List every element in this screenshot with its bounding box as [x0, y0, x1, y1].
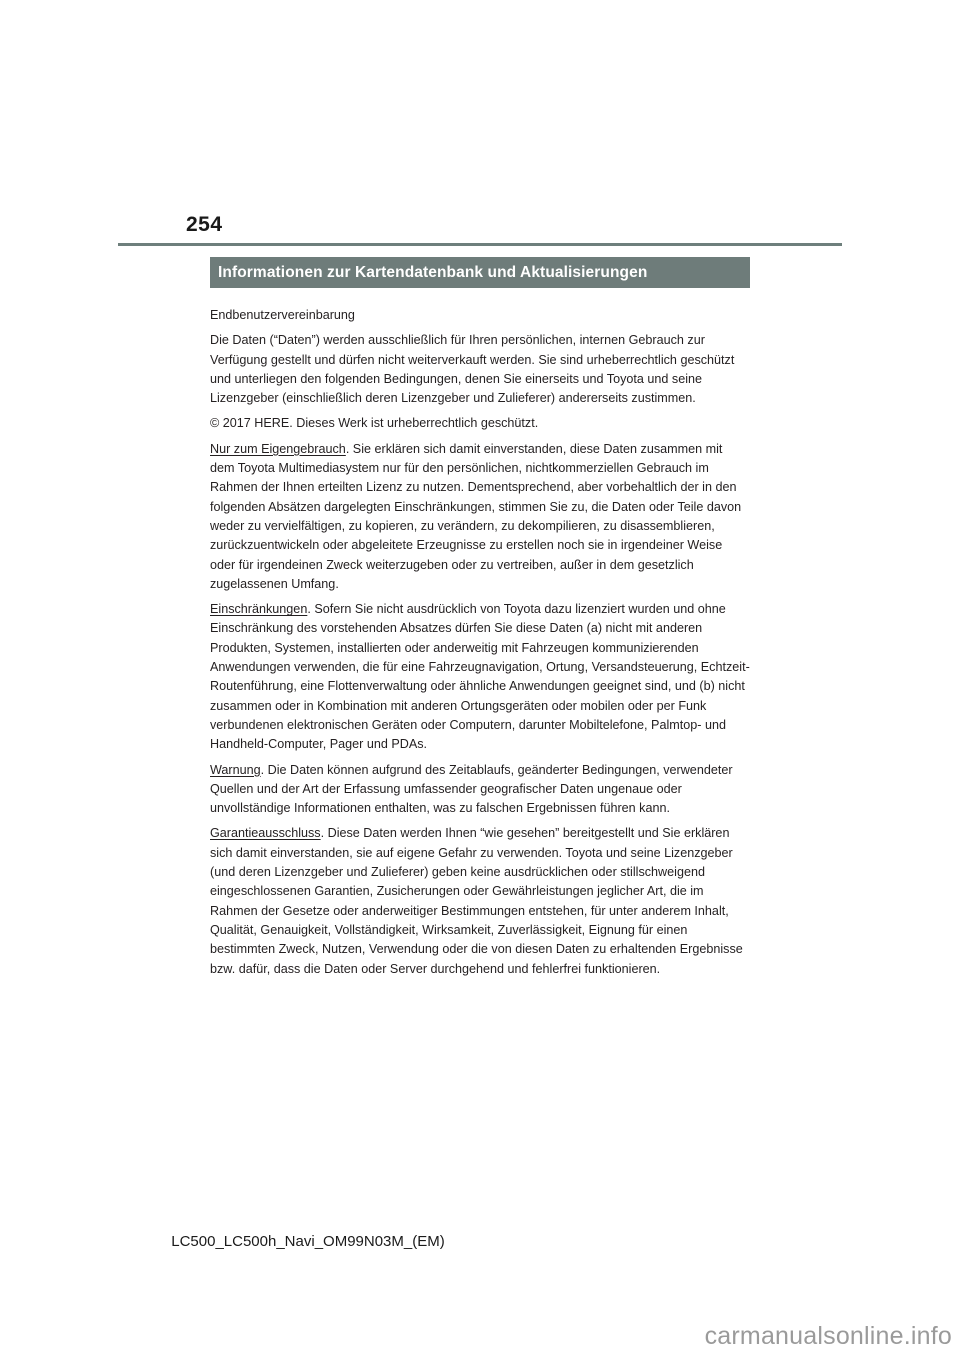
clause-disclaimer: Garantieausschluss. Diese Daten werden I…: [210, 824, 750, 978]
clause-text: . Die Daten können aufgrund des Zeitabla…: [210, 763, 733, 816]
document-code: LC500_LC500h_Navi_OM99N03M_(EM): [118, 1233, 498, 1250]
section-heading: Informationen zur Kartendatenbank und Ak…: [210, 257, 750, 288]
copyright-notice: © 2017 HERE. Dieses Werk ist urheberrech…: [210, 414, 750, 433]
clause-lead: Einschränkungen: [210, 602, 307, 616]
clause-lead: Nur zum Eigengebrauch: [210, 442, 346, 456]
document-body: Endbenutzervereinbarung Die Daten (“Date…: [210, 306, 750, 985]
watermark: carmanualsonline.info: [705, 1322, 952, 1351]
intro-title: Endbenutzervereinbarung: [210, 306, 750, 325]
header-rule: [118, 243, 842, 246]
clause-lead: Warnung: [210, 763, 261, 777]
clause-text: . Sie erklären sich damit einverstanden,…: [210, 442, 741, 591]
clause-text: . Sofern Sie nicht ausdrücklich von Toyo…: [210, 602, 750, 751]
clause-lead: Garantieausschluss: [210, 826, 321, 840]
clause-text: . Diese Daten werden Ihnen “wie gesehen”…: [210, 826, 743, 975]
clause-warning: Warnung. Die Daten können aufgrund des Z…: [210, 761, 750, 819]
intro-paragraph: Die Daten (“Daten”) werden ausschließlic…: [210, 331, 750, 408]
clause-personal-use: Nur zum Eigengebrauch. Sie erklären sich…: [210, 440, 750, 594]
page-number: 254: [186, 213, 223, 237]
clause-restrictions: Einschränkungen. Sofern Sie nicht ausdrü…: [210, 600, 750, 754]
